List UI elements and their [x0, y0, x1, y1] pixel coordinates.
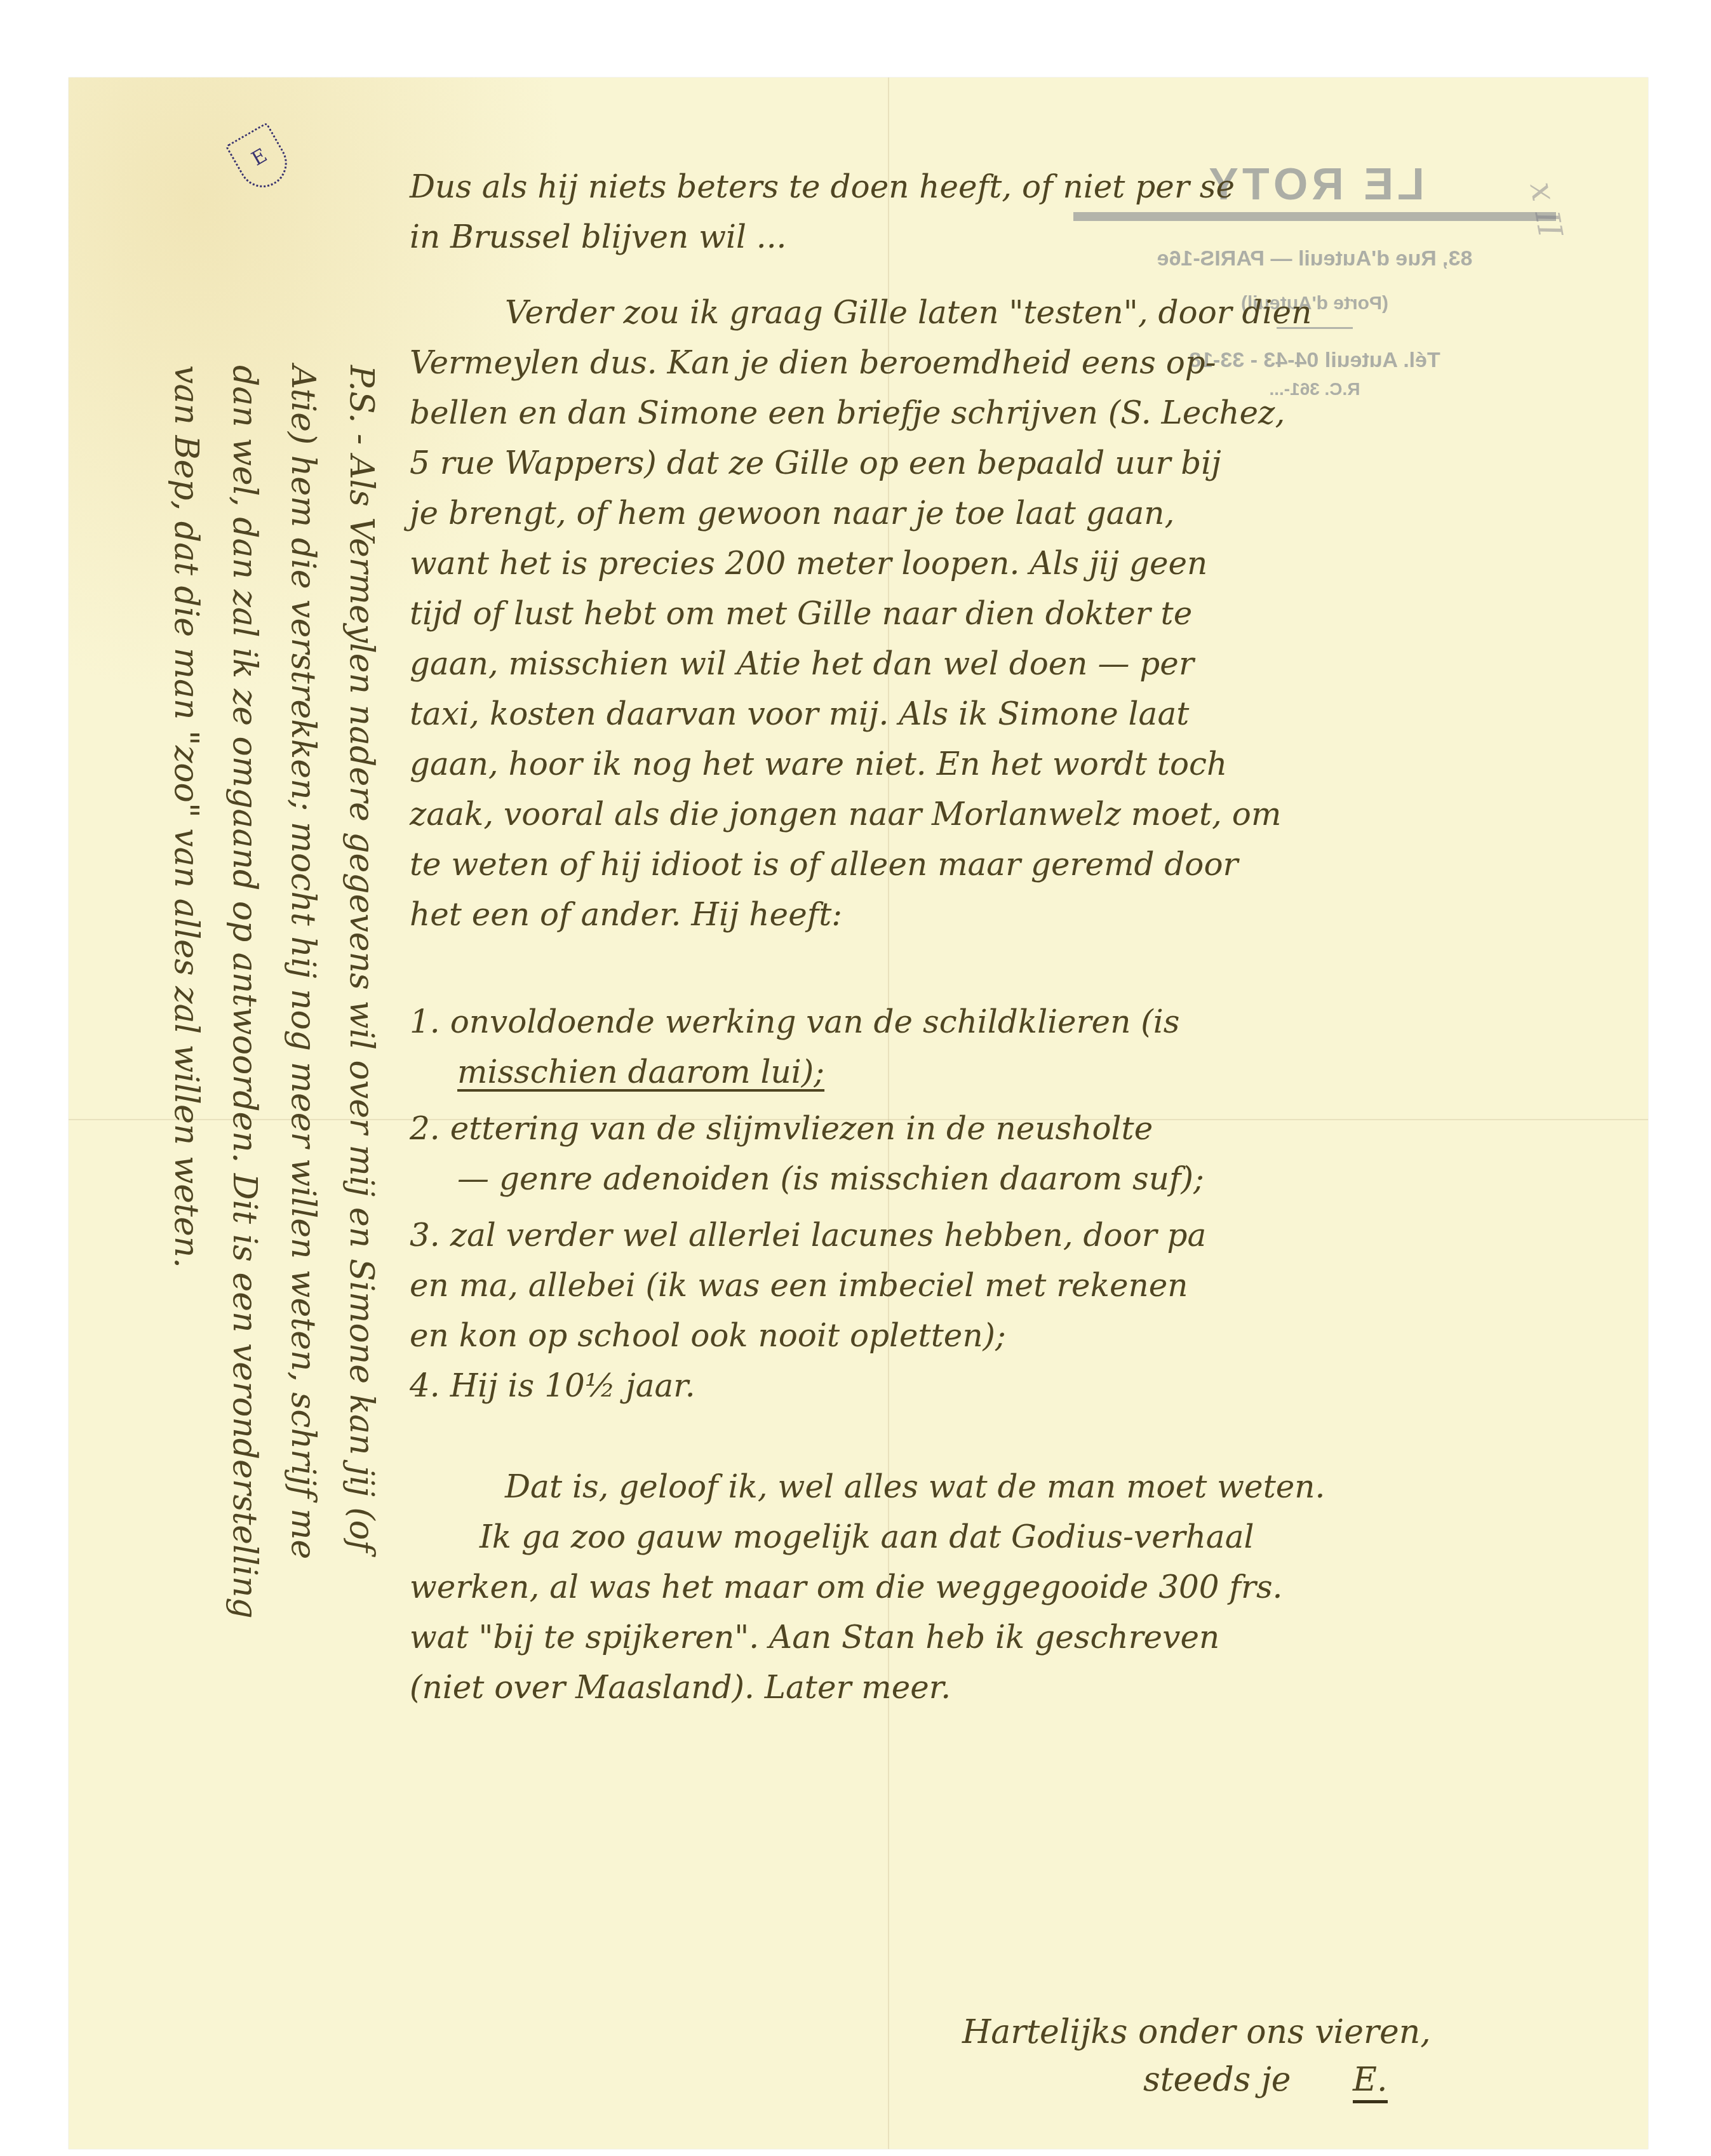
margin-line: dan wel, dan zal ik ze omgaand op antwoo…: [215, 365, 274, 2099]
margin-line: P.S. - Als Vermeylen nadere gegevens wil…: [332, 365, 391, 2099]
list-number: 4.: [410, 1367, 440, 1404]
list-text: ettering van de slijmvliezen in de neush…: [450, 1110, 1153, 1147]
closing-salutation: Hartelijks onder ons vieren,: [962, 2013, 1431, 2051]
list-number: 2.: [410, 1110, 440, 1147]
body-line: Dus als hij niets beters te doen heeft, …: [410, 162, 1635, 212]
body-line: taxi, kosten daarvan voor mij. Als ik Si…: [410, 689, 1635, 739]
list-text: misschien daarom lui);: [457, 1054, 824, 1090]
body-line: zaak, vooral als die jongen naar Morlanw…: [410, 789, 1635, 840]
body-line: tijd of lust hebt om met Gille naar dien…: [410, 589, 1635, 639]
list-number: 1.: [410, 1003, 440, 1040]
body-line: Ik ga zoo gauw mogelijk aan dat Godius-v…: [410, 1512, 1635, 1562]
body-line: werken, al was het maar om die weggegooi…: [410, 1562, 1635, 1612]
body-line: wat "bij te spijkeren". Aan Stan heb ik …: [410, 1612, 1635, 1663]
signature: E.: [1353, 2061, 1388, 2103]
body-line: bellen en dan Simone een briefje schrijv…: [410, 388, 1635, 438]
signature-prefix: steeds je: [1143, 2061, 1291, 2099]
list-text: zal verder wel allerlei lacunes hebben, …: [450, 1217, 1207, 1254]
body-line: (niet over Maasland). Later meer.: [410, 1663, 1635, 1713]
list-item-continuation: — genre adenoiden (is misschien daarom s…: [410, 1154, 1635, 1204]
body-line: Vermeylen dus. Kan je dien beroemdheid e…: [410, 338, 1635, 388]
list-number: 3.: [410, 1217, 440, 1254]
list-item: 1. onvoldoende werking van de schildklie…: [410, 997, 1635, 1047]
list-text: — genre adenoiden (is misschien daarom s…: [457, 1160, 1204, 1197]
body-line: te weten of hij idioot is of alleen maar…: [410, 840, 1635, 890]
list-item: 4. Hij is 10½ jaar.: [410, 1361, 1635, 1411]
body-line: Verder zou ik graag Gille laten "testen"…: [410, 288, 1635, 338]
list-text: onvoldoende werking van de schildklieren…: [450, 1003, 1180, 1040]
list-item-continuation: en kon op school ook nooit opletten);: [410, 1311, 1635, 1361]
body-line: in Brussel blijven wil ...: [410, 212, 1635, 262]
body-line: je brengt, of hem gewoon naar je toe laa…: [410, 488, 1635, 539]
letter-body: Dus als hij niets beters te doen heeft, …: [410, 162, 1635, 1713]
list-text: en kon op school ook nooit opletten);: [410, 1317, 1006, 1354]
body-line: het een of ander. Hij heeft:: [410, 890, 1635, 940]
list-item-continuation: en ma, allebei (ik was een imbeciel met …: [410, 1261, 1635, 1311]
body-line: gaan, hoor ik nog het ware niet. En het …: [410, 739, 1635, 789]
body-line: Dat is, geloof ik, wel alles wat de man …: [410, 1462, 1635, 1512]
postscript-margin-note: P.S. - Als Vermeylen nadere gegevens wil…: [111, 365, 391, 2099]
margin-line: Atie) hem die verstrekken; mocht hij nog…: [274, 365, 332, 2099]
body-line: 5 rue Wappers) dat ze Gille op een bepaa…: [410, 438, 1635, 488]
list-item-continuation: misschien daarom lui);: [410, 1047, 1635, 1097]
symptom-list: 1. onvoldoende werking van de schildklie…: [410, 997, 1635, 1411]
margin-line: van Bep, dat die man "zoo" van alles zal…: [157, 365, 215, 2099]
body-line: want het is precies 200 meter loopen. Al…: [410, 539, 1635, 589]
list-item: 2. ettering van de slijmvliezen in de ne…: [410, 1104, 1635, 1154]
list-text: Hij is 10½ jaar.: [450, 1367, 695, 1404]
body-line: gaan, misschien wil Atie het dan wel doe…: [410, 639, 1635, 689]
list-text: en ma, allebei (ik was een imbeciel met …: [410, 1267, 1188, 1304]
list-item: 3. zal verder wel allerlei lacunes hebbe…: [410, 1210, 1635, 1261]
